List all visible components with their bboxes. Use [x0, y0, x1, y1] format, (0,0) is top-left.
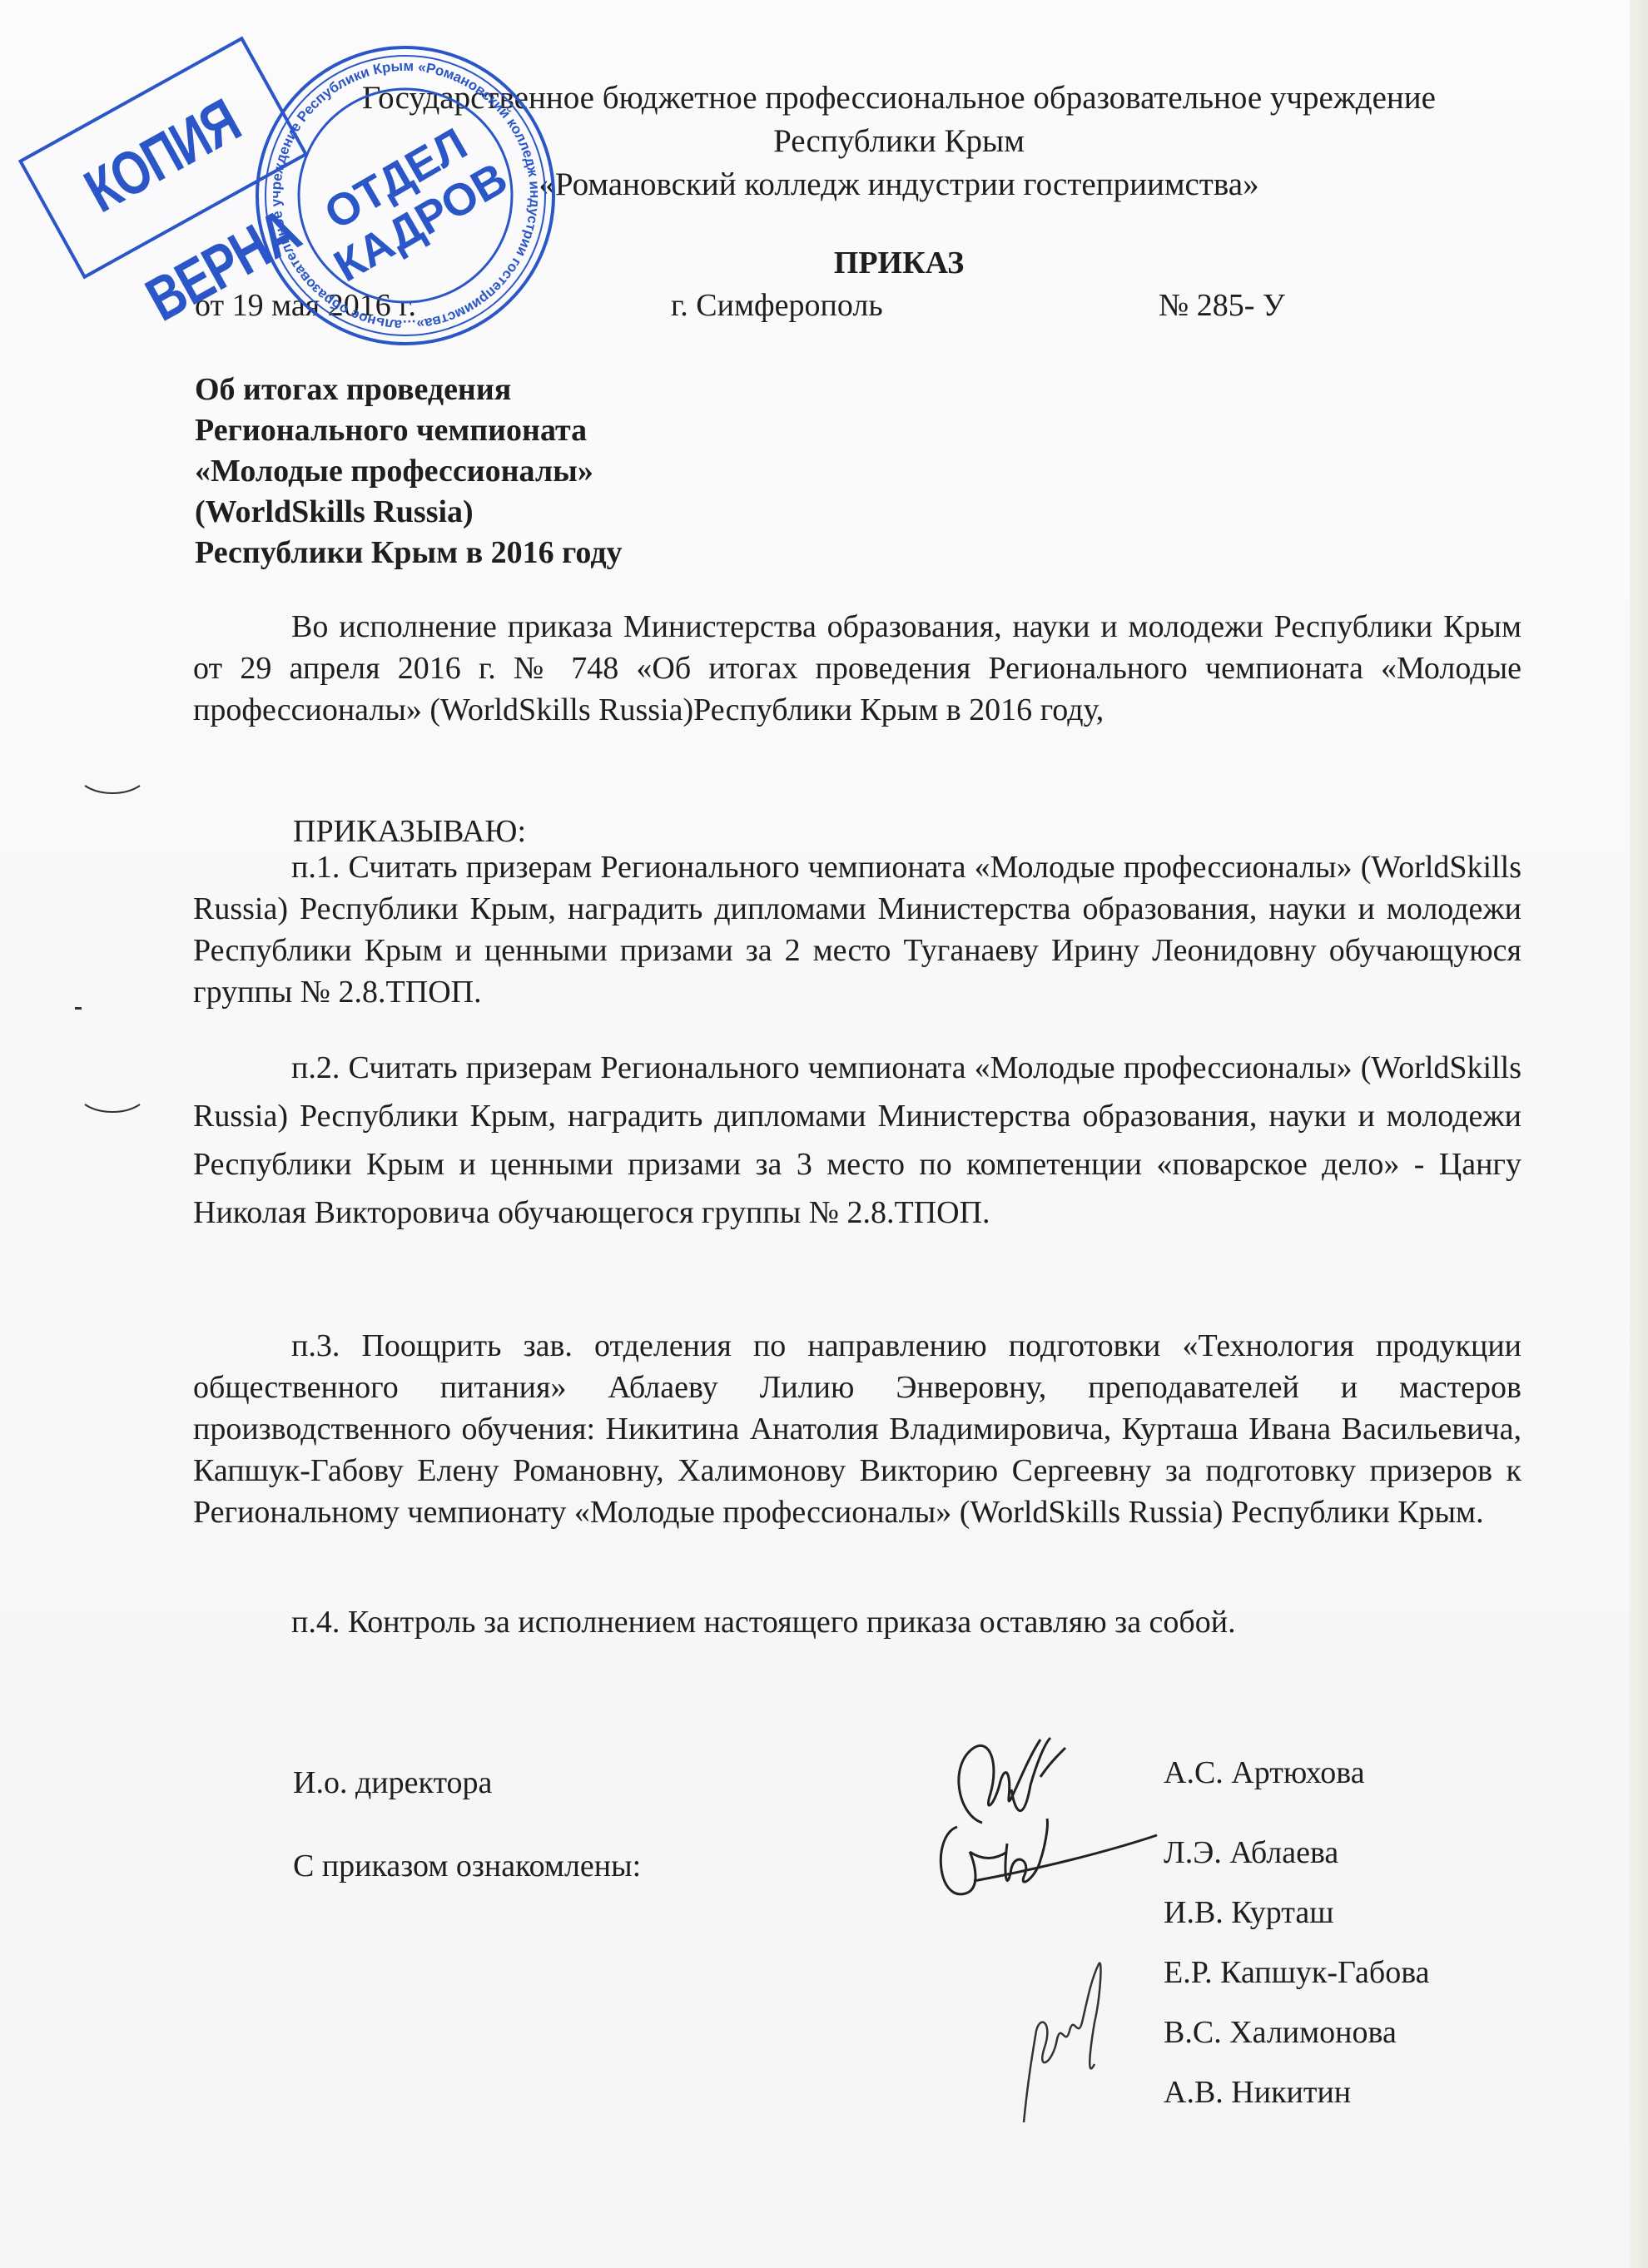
acknowledged-label: С приказом ознакомлены: — [293, 1846, 641, 1886]
signatory-name: В.С. Халимонова — [1164, 2002, 1430, 2062]
signatory-name: Л.Э. Аблаева — [1164, 1823, 1430, 1883]
item-text: Контроль за исполнением настоящего прика… — [348, 1605, 1236, 1640]
signatory-name: А.В. Никитин — [1164, 2062, 1430, 2122]
subject-line: «Молодые профессионалы» — [195, 451, 593, 491]
item-text: Поощрить зав. отделения по направлению п… — [193, 1328, 1521, 1530]
order-number: № 285- У — [1159, 285, 1285, 325]
subject-line: Республики Крым в 2016 году — [195, 533, 623, 573]
order-item-2: п.2. Считать призерам Регионального чемп… — [193, 1044, 1521, 1237]
signatory-list: А.С. Артюхова Л.Э. Аблаева И.В. Курташ Е… — [1164, 1739, 1430, 2122]
subject-line: (WorldSkills Russia) — [195, 492, 474, 532]
item-text: Считать призерам Регионального чемпионат… — [193, 1050, 1521, 1230]
page-edge-shadow — [1630, 0, 1648, 2268]
margin-arc-mark-icon — [83, 782, 141, 799]
order-item-1: п.1. Считать призерам Регионального чемп… — [193, 846, 1521, 1013]
preamble-paragraph: Во исполнение приказа Министерства образ… — [193, 606, 1521, 731]
item-label: п.4. — [291, 1605, 340, 1640]
order-item-3: п.3. Поощрить зав. отделения по направле… — [193, 1325, 1521, 1533]
order-item-4: п.4. Контроль за исполнением настоящего … — [193, 1601, 1521, 1643]
item-label: п.1. — [291, 850, 340, 885]
item-label: п.2. — [291, 1050, 340, 1085]
signatory-name: И.В. Курташ — [1164, 1883, 1430, 1943]
margin-arc-mark-icon — [83, 1101, 141, 1118]
document-title: ПРИКАЗ — [691, 243, 1107, 283]
signatory-name: А.С. Артюхова — [1164, 1739, 1430, 1823]
margin-dot-mark — [75, 1007, 82, 1010]
subject-line: Об итогах проведения — [195, 370, 511, 409]
subject-line: Регионального чемпионата — [195, 410, 587, 450]
halimonova-signature-icon — [1007, 1931, 1124, 2131]
item-label: п.3. — [291, 1328, 340, 1363]
order-city: г. Симферополь — [671, 285, 883, 325]
directive-heading: ПРИКАЗЫВАЮ: — [293, 811, 526, 851]
scanned-document-page: Государственное бюджетное профессиональн… — [0, 0, 1648, 2268]
preamble-text: Во исполнение приказа Министерства образ… — [193, 609, 1521, 727]
ablaeva-signature-icon — [924, 1802, 1190, 1918]
item-text: Считать призерам Регионального чемпионат… — [193, 850, 1521, 1010]
director-position: И.о. директора — [293, 1763, 492, 1803]
signatory-name: Е.Р. Капшук-Габова — [1164, 1943, 1430, 2002]
hr-department-round-stamp-icon: …альное образовательное учреждение Респу… — [251, 42, 559, 350]
